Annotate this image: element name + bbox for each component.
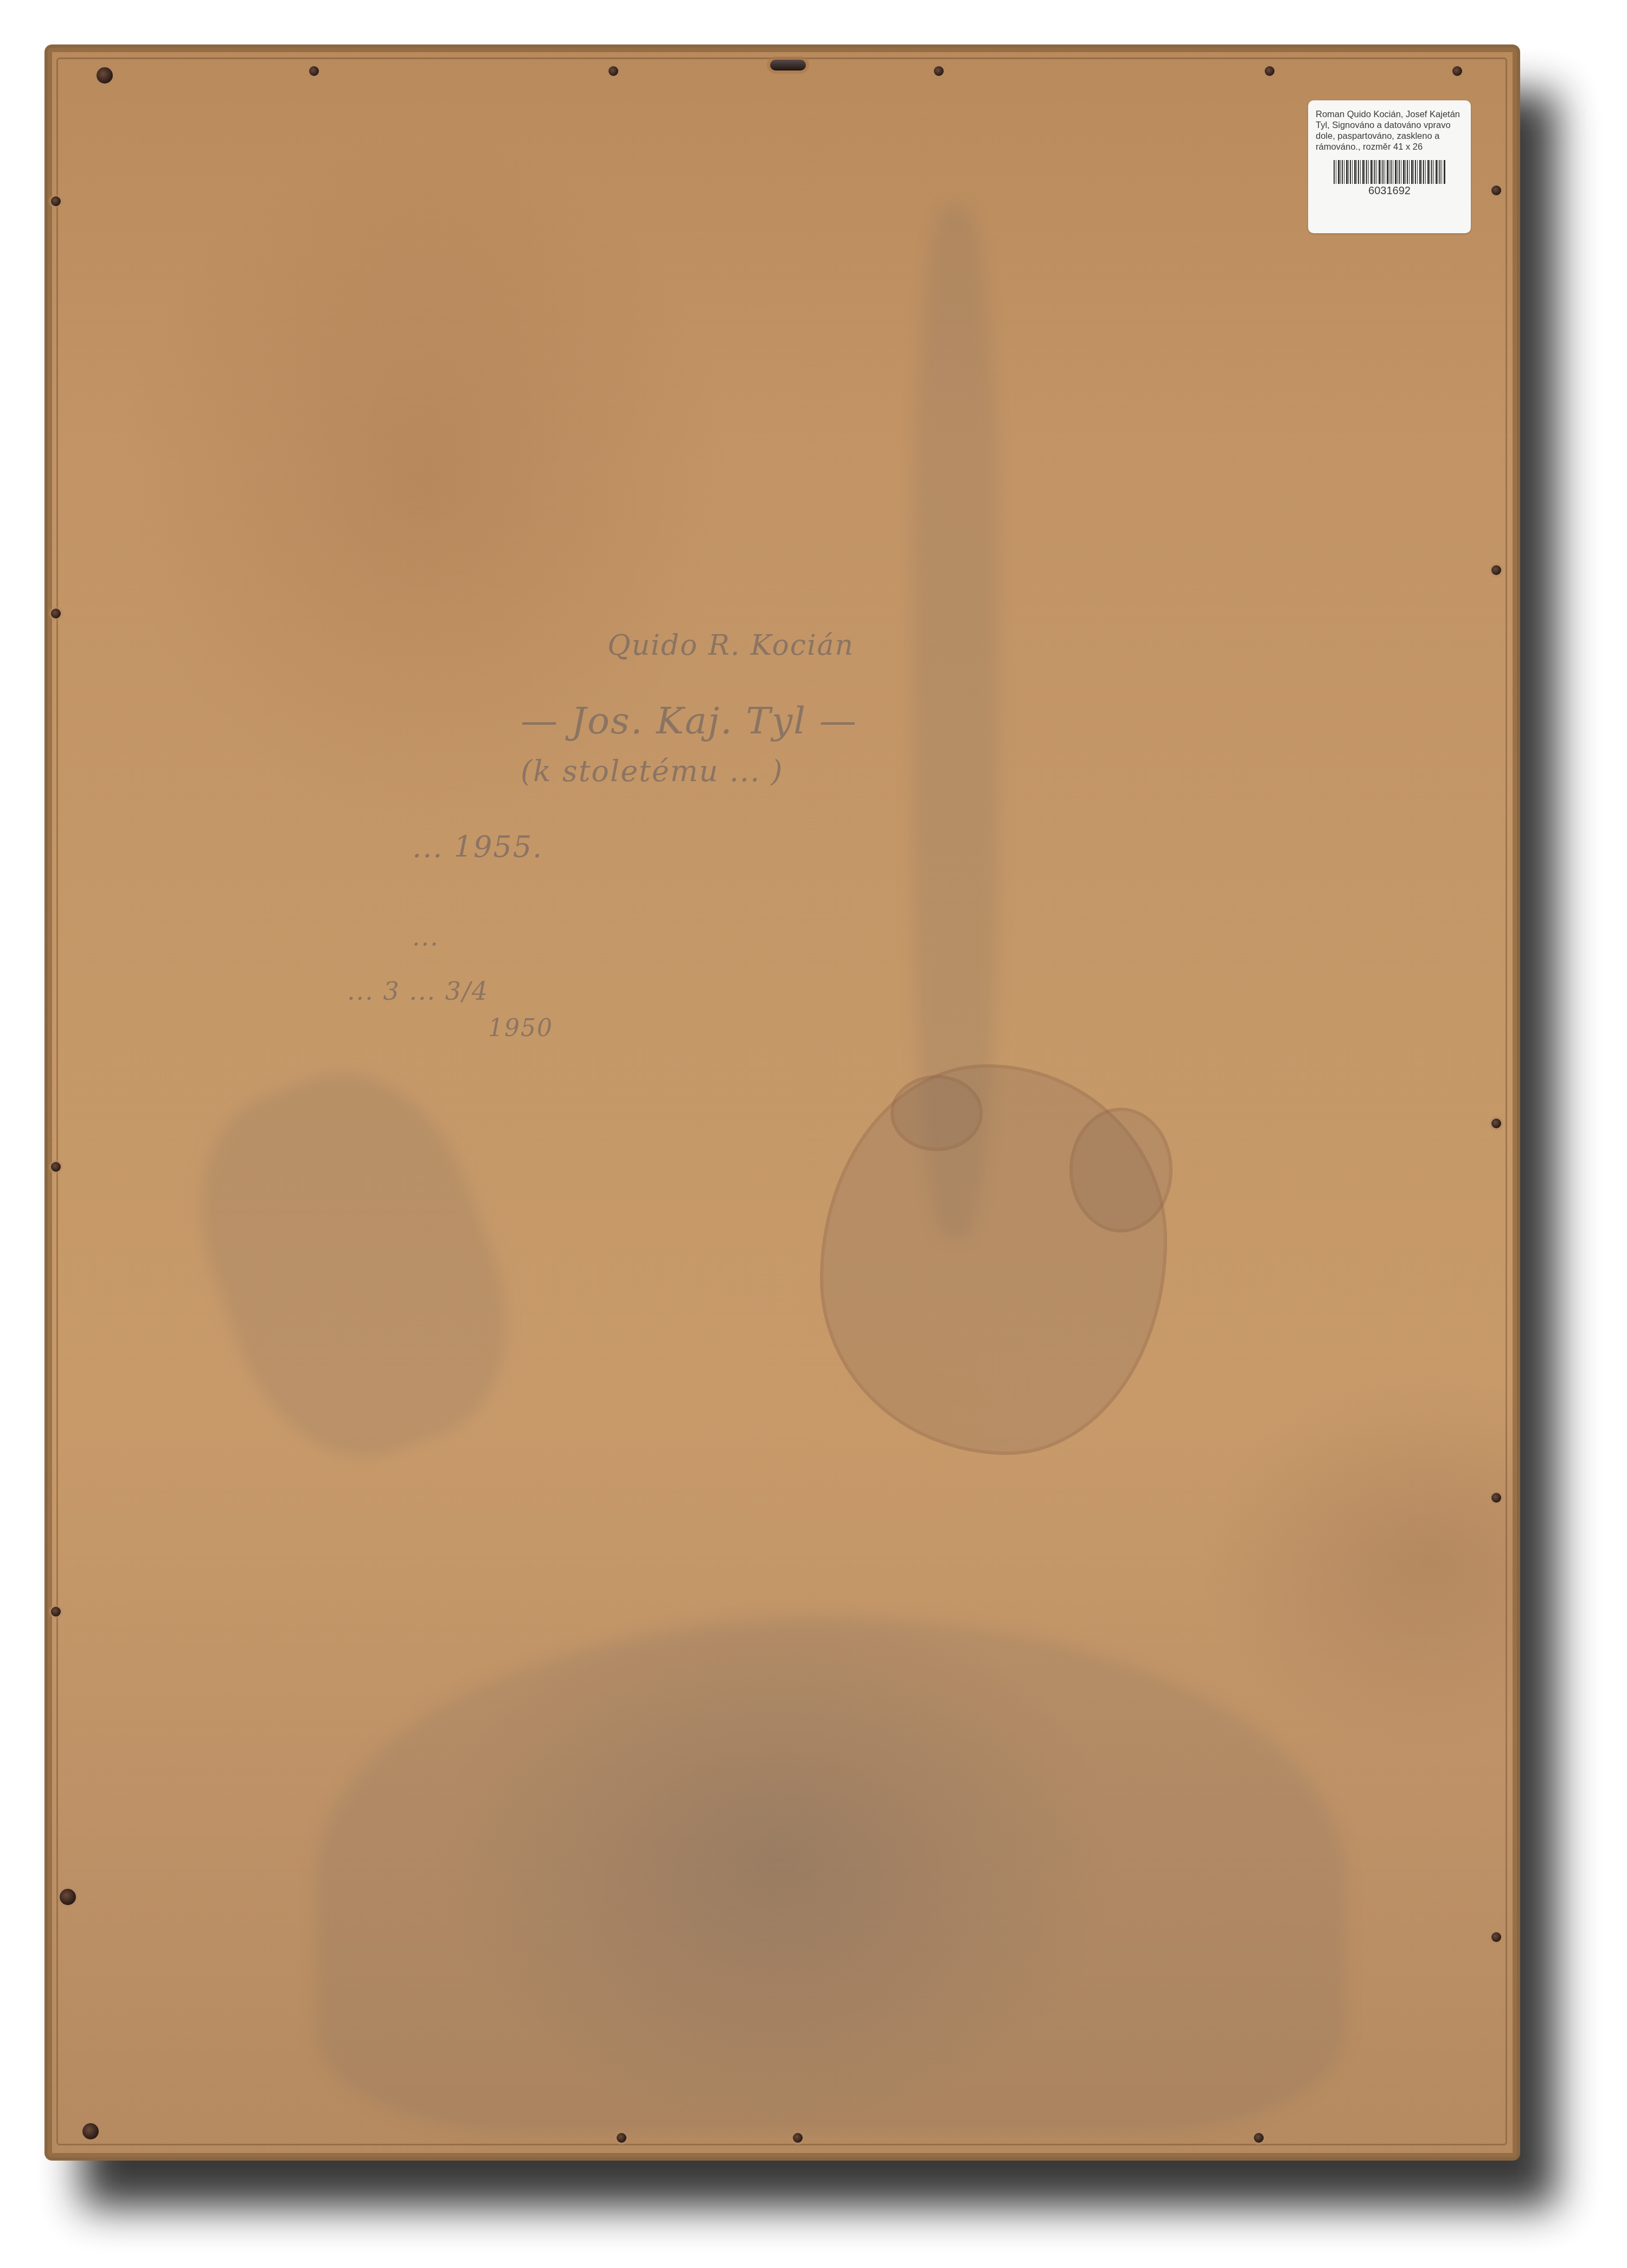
pencil-inscription-line: Quido R. Kocián: [607, 629, 854, 662]
pencil-inscription-line: (k stoletému ... ): [521, 754, 784, 788]
nail-icon: [1254, 2133, 1264, 2143]
nail-icon: [1491, 1932, 1501, 1942]
nail-icon: [617, 2133, 626, 2143]
barcode-number: 6031692: [1316, 185, 1463, 197]
pencil-inscription-line: — Jos. Kaj. Tyl —: [521, 700, 857, 743]
nail-icon: [82, 2123, 99, 2139]
nail-icon: [51, 196, 61, 206]
nail-icon: [1265, 66, 1274, 76]
pencil-inscription-line: ...: [412, 922, 439, 951]
water-stain-lower: [316, 1618, 1346, 2133]
water-stain-small-top: [891, 1075, 983, 1151]
pencil-inscription-line: ... 3 ... 3/4: [347, 976, 489, 1006]
diagonal-streak: [161, 1040, 546, 1490]
pencil-inscription-line: 1950: [488, 1014, 553, 1042]
cardboard-backing: Quido R. Kocián — Jos. Kaj. Tyl — (k sto…: [44, 44, 1520, 2161]
nail-icon: [608, 66, 618, 76]
nail-icon: [51, 1607, 61, 1617]
nail-icon: [1491, 1119, 1501, 1128]
nail-icon: [97, 67, 113, 84]
pencil-inscription-line: ... 1955.: [412, 830, 543, 864]
inventory-sticker: Roman Quido Kocián, Josef Kajetán Tyl, S…: [1308, 100, 1471, 233]
sticker-description: Roman Quido Kocián, Josef Kajetán Tyl, S…: [1316, 109, 1463, 152]
nail-icon: [51, 609, 61, 618]
barcode-icon: [1334, 160, 1445, 184]
hanger-icon: [770, 60, 806, 71]
nail-icon: [1452, 66, 1462, 76]
nail-icon: [60, 1889, 76, 1905]
water-stain-small-right: [1069, 1108, 1173, 1232]
nail-icon: [51, 1162, 61, 1172]
nail-icon: [793, 2133, 803, 2143]
nail-icon: [1491, 186, 1501, 195]
nail-icon: [934, 66, 944, 76]
nail-icon: [1491, 565, 1501, 575]
nail-icon: [309, 66, 319, 76]
nail-icon: [1491, 1493, 1501, 1503]
